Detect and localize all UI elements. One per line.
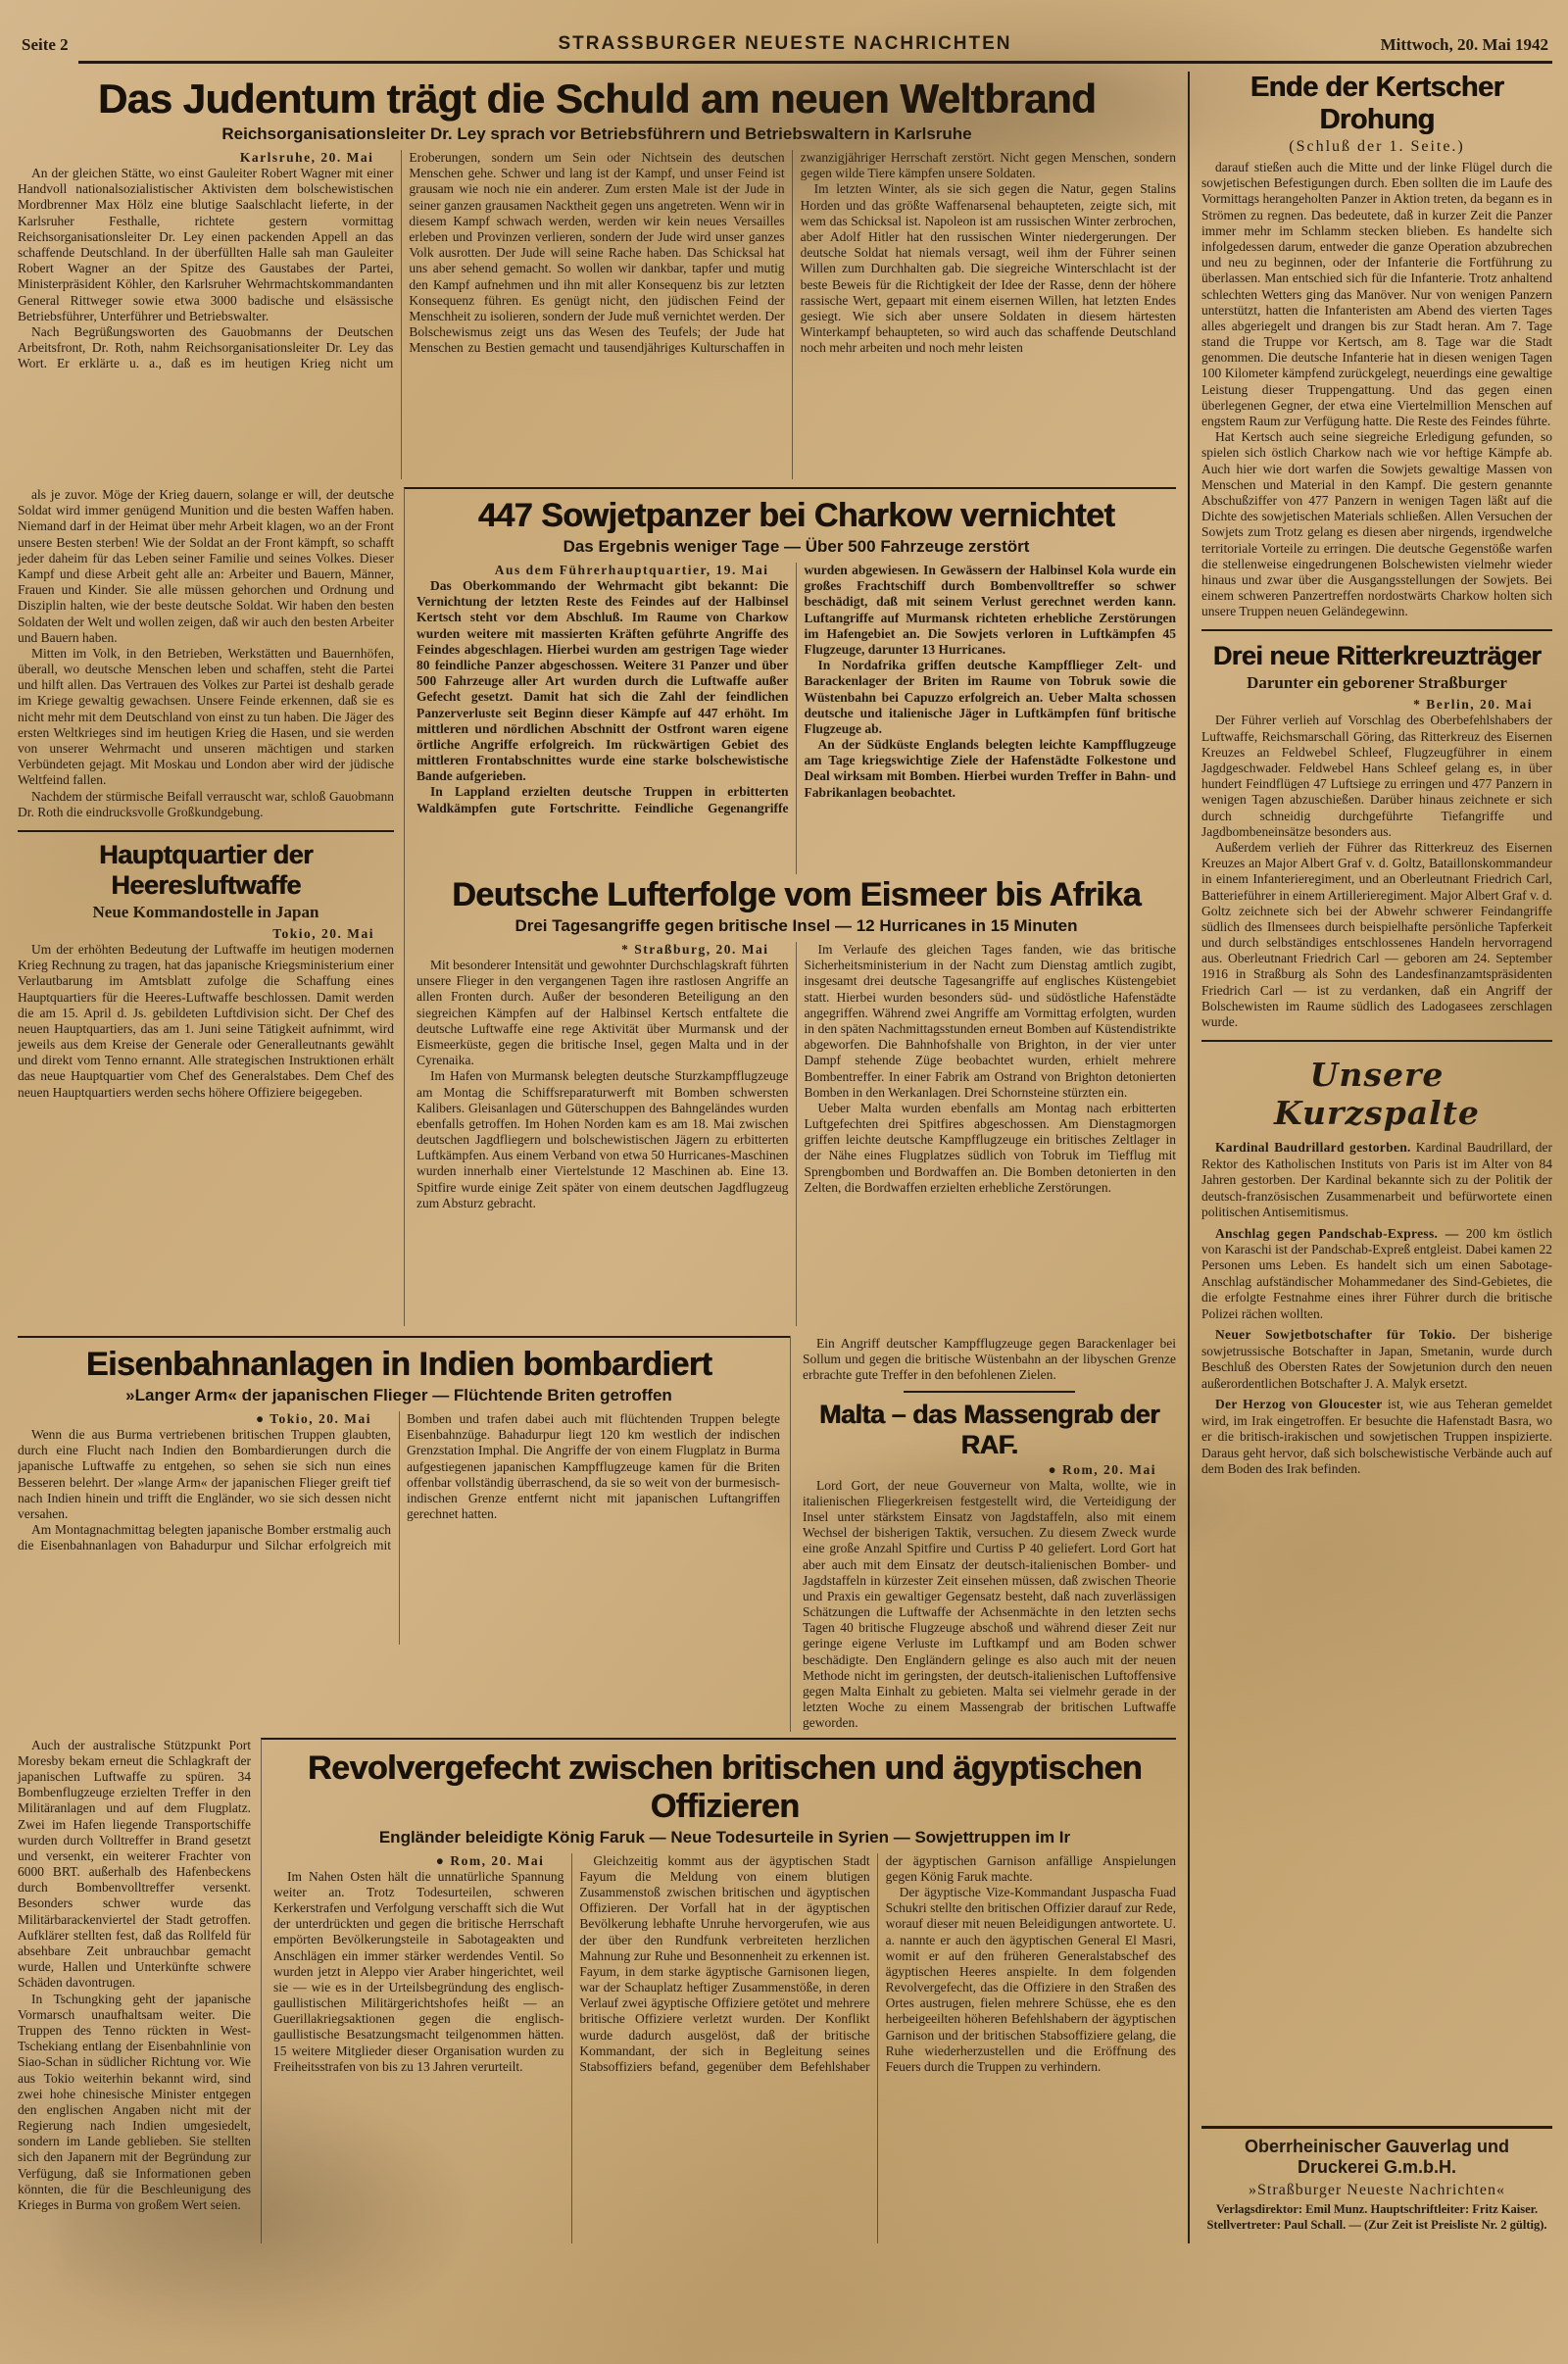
kurzspalte-item: Kardinal Baudrillard gestorben. Kardinal… xyxy=(1201,1140,1552,1220)
lead-paragraph-cont: Nachdem der stürmische Beifall verrausch… xyxy=(18,789,394,820)
article-ritterkreuz: Drei neue Ritterkreuzträger Darunter ein… xyxy=(1201,639,1552,1030)
kertsch-paragraph: Hat Kertsch auch seine siegreiche Erledi… xyxy=(1201,429,1552,619)
article-eisenbahn: Eisenbahnanlagen in Indien bombardiert »… xyxy=(18,1336,790,1732)
article-malta: Ein Angriff deutscher Kampfflugzeuge geg… xyxy=(790,1336,1176,1732)
revolver-subhead: Engländer beleidigte König Faruk — Neue … xyxy=(273,1828,1176,1847)
lufterfolge-paragraph: Im Verlaufe des gleichen Tages fanden, w… xyxy=(805,942,1177,1101)
lufterfolge-paragraph: Im Hafen von Murmansk belegten deutsche … xyxy=(416,1068,789,1211)
header-rule xyxy=(78,61,1552,64)
revolver-headline: Revolvergefecht zwischen britischen und … xyxy=(273,1749,1176,1826)
kurzspalte-item-title: Kardinal Baudrillard gestorben. xyxy=(1215,1140,1411,1155)
kurzspalte-headline: Unsere Kurzspalte xyxy=(1201,1056,1552,1132)
lead-paragraph-cont: Mitten im Volk, in den Betrieben, Werkst… xyxy=(18,646,394,789)
imprint-publisher: Oberrheinischer Gauverlag und Druckerei … xyxy=(1201,2137,1552,2178)
eisenbahn-subhead: »Langer Arm« der japanischen Flieger — F… xyxy=(18,1386,780,1405)
section-rule xyxy=(1201,1040,1552,1042)
masthead-title: STRASSBURGER NEUESTE NACHRICHTEN xyxy=(558,33,1011,55)
article-revolvergefecht: Revolvergefecht zwischen britischen und … xyxy=(261,1738,1176,2243)
page-number: Seite 2 xyxy=(22,35,558,55)
article-kertsch: Ende der Kertscher Drohung (Schluß der 1… xyxy=(1201,72,1552,619)
heeresluftwaffe-headline: Hauptquartier der Heeresluftwaffe xyxy=(18,840,394,901)
imprint-staff: Verlagsdirektor: Emil Munz. Hauptschrift… xyxy=(1201,2201,1552,2243)
imprint-paper-name: »Straßburger Neueste Nachrichten« xyxy=(1201,2182,1552,2199)
revolver-paragraph: Der ägyptische Vize-Kommandant Juspascha… xyxy=(886,1885,1176,2075)
lufterfolge-subhead: Drei Tagesangriffe gegen britische Insel… xyxy=(416,916,1176,936)
panzer-paragraph: An der Südküste Englands belegten leicht… xyxy=(805,737,1177,801)
eisenbahn-paragraph: Auch der australische Stützpunkt Port Mo… xyxy=(18,1738,251,1992)
row-india-malta: Eisenbahnanlagen in Indien bombardiert »… xyxy=(18,1336,1176,1732)
ritterkreuz-paragraph: Der Führer verlieh auf Vorschlag des Obe… xyxy=(1201,713,1552,840)
malta-paragraph: Lord Gort, der neue Gouverneur von Malta… xyxy=(803,1478,1176,1732)
revolver-paragraph: Im Nahen Osten hält die unnatürliche Spa… xyxy=(273,1869,563,2075)
lead-paragraph: Im letzten Winter, als sie sich gegen di… xyxy=(801,181,1176,356)
ritterkreuz-subhead: Darunter ein geborener Straßburger xyxy=(1201,673,1552,693)
lead-subhead: Reichsorganisationsleiter Dr. Ley sprach… xyxy=(18,124,1176,144)
lufterfolge-tail: Ein Angriff deutscher Kampfflugzeuge geg… xyxy=(803,1336,1176,1384)
section-rule xyxy=(1201,629,1552,631)
lufterfolge-body-columns: * Straßburg, 20. Mai Mit besonderer Inte… xyxy=(416,942,1176,1326)
kurzspalte-item: Neuer Sowjetbotschafter für Tokio. Der b… xyxy=(1201,1327,1552,1392)
issue-date: Mittwoch, 20. Mai 1942 xyxy=(1012,35,1548,55)
lead-dateline: Karlsruhe, 20. Mai xyxy=(18,150,393,166)
lead-headline: Das Judentum trägt die Schuld am neuen W… xyxy=(18,75,1176,123)
article-heeresluftwaffe: Hauptquartier der Heeresluftwaffe Neue K… xyxy=(18,840,394,1101)
newspaper-page: Seite 2 STRASSBURGER NEUESTE NACHRICHTEN… xyxy=(0,0,1568,2364)
heeresluftwaffe-subhead: Neue Kommandostelle in Japan xyxy=(18,903,394,922)
ritterkreuz-paragraph: Außerdem verlieh der Führer das Ritterkr… xyxy=(1201,840,1552,1030)
revolver-dateline: ● Rom, 20. Mai xyxy=(273,1853,563,1869)
short-rule xyxy=(904,1391,1075,1393)
eisenbahn-paragraph: Wenn die aus Burma vertriebenen britisch… xyxy=(18,1427,391,1522)
main-columns: Das Judentum trägt die Schuld am neuen W… xyxy=(18,72,1188,2243)
panzer-dateline: Aus dem Führerhauptquartier, 19. Mai xyxy=(416,563,789,578)
malta-dateline: ● Rom, 20. Mai xyxy=(803,1462,1176,1478)
eisenbahn-body-columns: ● Tokio, 20. Mai Wenn die aus Burma vert… xyxy=(18,1411,780,1645)
kurzspalte-item-title: Neuer Sowjetbotschafter für Tokio. xyxy=(1215,1327,1456,1342)
panzer-body-columns: Aus dem Führerhauptquartier, 19. Mai Das… xyxy=(416,563,1176,874)
ritterkreuz-headline: Drei neue Ritterkreuzträger xyxy=(1201,641,1552,671)
panzer-paragraph: In Nordafrika griffen deutsche Kampfflie… xyxy=(805,658,1177,737)
sidebar-column: Ende der Kertscher Drohung (Schluß der 1… xyxy=(1188,72,1552,2243)
page-body: Das Judentum trägt die Schuld am neuen W… xyxy=(18,72,1552,2243)
panzer-subhead: Das Ergebnis weniger Tage — Über 500 Fah… xyxy=(416,537,1176,557)
row-okw: als je zuvor. Möge der Krieg dauern, sol… xyxy=(18,487,1176,1326)
revolver-body-columns: ● Rom, 20. Mai Im Nahen Osten hält die u… xyxy=(273,1853,1176,2243)
section-kurzspalte: Unsere Kurzspalte Kardinal Baudrillard g… xyxy=(1201,1050,1552,1482)
column-right-wide: 447 Sowjetpanzer bei Charkow vernichtet … xyxy=(404,487,1176,1326)
kurzspalte-item-title: Anschlag gegen Pandschab-Express. — xyxy=(1215,1226,1459,1241)
lead-paragraph: An der gleichen Stätte, wo einst Gauleit… xyxy=(18,166,393,324)
imprint-block: Oberrheinischer Gauverlag und Druckerei … xyxy=(1201,2126,1552,2243)
kurzspalte-item: Der Herzog von Gloucester ist, wie aus T… xyxy=(1201,1397,1552,1477)
page-header: Seite 2 STRASSBURGER NEUESTE NACHRICHTEN… xyxy=(18,0,1552,61)
eisenbahn-continuation: Auch der australische Stützpunkt Port Mo… xyxy=(18,1738,261,2243)
lufterfolge-headline: Deutsche Lufterfolge vom Eismeer bis Afr… xyxy=(416,876,1176,914)
article-lead: Das Judentum trägt die Schuld am neuen W… xyxy=(18,75,1176,479)
section-rule xyxy=(18,830,394,832)
panzer-paragraph: Das Oberkommando der Wehrmacht gibt beka… xyxy=(416,578,789,784)
lufterfolge-dateline: * Straßburg, 20. Mai xyxy=(416,942,789,958)
eisenbahn-paragraph: In Tschungking geht der japanische Vorma… xyxy=(18,1992,251,2214)
kertsch-subhead: (Schluß der 1. Seite.) xyxy=(1201,138,1552,156)
heeresluftwaffe-dateline: Tokio, 20. Mai xyxy=(18,926,394,942)
heeresluftwaffe-paragraph: Um der erhöhten Bedeutung der Luftwaffe … xyxy=(18,942,394,1101)
lufterfolge-paragraph: Mit besonderer Intensität und gewohnter … xyxy=(416,958,789,1068)
article-447-sowjetpanzer: 447 Sowjetpanzer bei Charkow vernichtet … xyxy=(416,497,1176,874)
panzer-headline: 447 Sowjetpanzer bei Charkow vernichtet xyxy=(416,497,1176,535)
article-lufterfolge: Deutsche Lufterfolge vom Eismeer bis Afr… xyxy=(416,876,1176,1326)
row-revolver: Auch der australische Stützpunkt Port Mo… xyxy=(18,1738,1176,2243)
eisenbahn-dateline: ● Tokio, 20. Mai xyxy=(18,1411,391,1427)
column-left: als je zuvor. Möge der Krieg dauern, sol… xyxy=(18,487,404,1326)
malta-headline: Malta – das Massengrab der RAF. xyxy=(803,1400,1176,1460)
kurzspalte-item-title: Der Herzog von Gloucester xyxy=(1215,1397,1383,1411)
eisenbahn-headline: Eisenbahnanlagen in Indien bombardiert xyxy=(18,1346,780,1384)
lead-paragraph-cont: als je zuvor. Möge der Krieg dauern, sol… xyxy=(18,487,394,646)
lufterfolge-paragraph: Ueber Malta wurden ebenfalls am Montag n… xyxy=(805,1101,1177,1196)
kertsch-paragraph: darauf stießen auch die Mitte und der li… xyxy=(1201,160,1552,429)
lead-body-columns: Karlsruhe, 20. Mai An der gleichen Stätt… xyxy=(18,150,1176,479)
ritterkreuz-dateline: * Berlin, 20. Mai xyxy=(1201,697,1552,713)
kurzspalte-item: Anschlag gegen Pandschab-Express. — 200 … xyxy=(1201,1226,1552,1323)
kertsch-headline: Ende der Kertscher Drohung xyxy=(1201,72,1552,136)
